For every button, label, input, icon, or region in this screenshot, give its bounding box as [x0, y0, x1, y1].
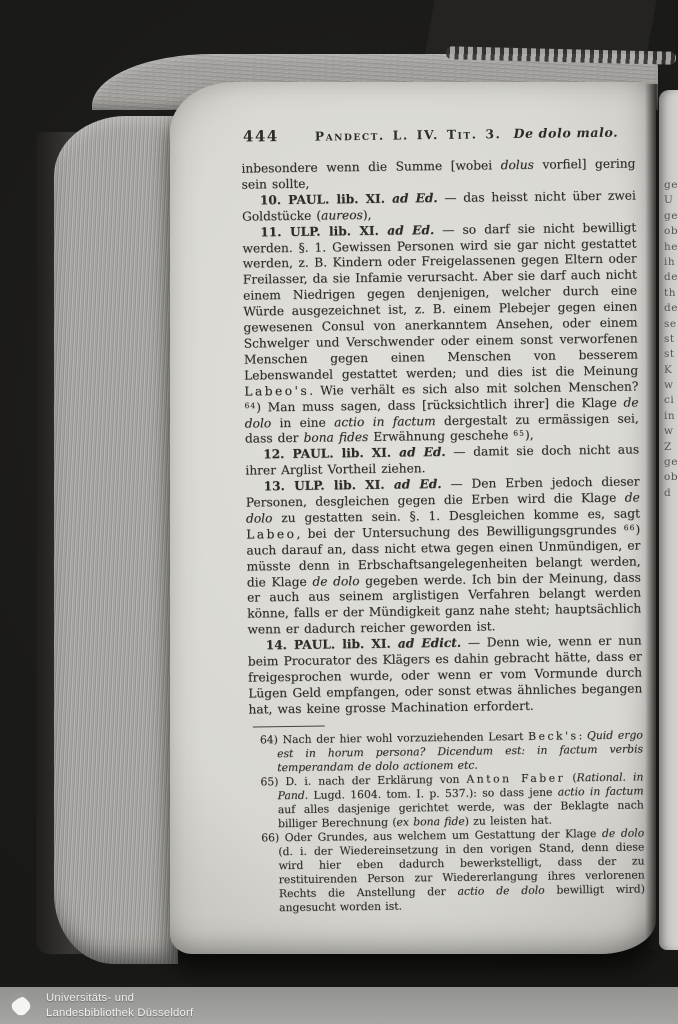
library-name: Universitäts- und Landesbibliothek Düsse…: [46, 991, 193, 1020]
facing-line-fragment: se: [664, 317, 678, 332]
footnote-separator: [253, 725, 325, 728]
ulb-logo-icon: [5, 990, 37, 1022]
facing-line-fragment: ge: [664, 455, 678, 470]
page-content: 444 Pandect. L. IV. Tit. 3. De dolo malo…: [164, 78, 661, 956]
facing-line-fragment: de: [664, 301, 678, 316]
facing-line-fragment: ge: [664, 209, 678, 224]
page-edges-left: [54, 116, 178, 964]
facing-line-fragment: U: [664, 193, 678, 208]
library-name-line1: Universitäts- und: [46, 991, 193, 1006]
gutter-shadow: [645, 84, 659, 950]
page-body: inbesondere wenn die Summe [wobei dolus …: [241, 156, 642, 718]
page-number: 444: [243, 127, 279, 145]
paragraph: 14. PAUL. lib. XI. ad Edict. — Denn wie,…: [248, 634, 643, 719]
paragraph: 10. PAUL. lib. XI. ad Ed. — das heisst n…: [242, 188, 636, 225]
book-page: 444 Pandect. L. IV. Tit. 3. De dolo malo…: [170, 82, 656, 954]
library-name-line2: Landesbibliothek Düsseldorf: [46, 1006, 193, 1021]
facing-line-fragment: ob: [664, 470, 678, 485]
paragraph: 12. PAUL. lib. XI. ad Ed. — damit sie do…: [245, 443, 639, 480]
facing-line-fragment: ci: [664, 393, 678, 408]
scanned-book-viewer: 444 Pandect. L. IV. Tit. 3. De dolo malo…: [0, 0, 678, 1024]
facing-line-fragment: Z: [664, 440, 678, 455]
paragraph: 13. ULP. lib. XI. ad Ed. — Den Erben jed…: [245, 475, 641, 639]
facing-line-fragment: ih: [664, 255, 678, 270]
running-title-italic: De dolo malo.: [513, 125, 618, 141]
footnote: 65) D. i. nach der Erklärung von Anton F…: [249, 771, 644, 832]
facing-line-fragment: ob: [664, 224, 678, 239]
facing-line-fragment: de: [664, 270, 678, 285]
facing-line-fragment: th: [664, 286, 678, 301]
facing-line-fragment: w: [664, 424, 678, 439]
facing-line-fragment: st: [664, 347, 678, 362]
facing-line-fragment: w: [664, 378, 678, 393]
paragraph: inbesondere wenn die Summe [wobei dolus …: [241, 156, 635, 193]
footnote: 64) Nach der hier wohl vorzuziehenden Le…: [249, 729, 644, 776]
running-header: 444 Pandect. L. IV. Tit. 3. De dolo malo…: [243, 122, 635, 145]
facing-line-fragment: in: [664, 409, 678, 424]
facing-line-fragment: d: [664, 486, 678, 501]
footnotes: 64) Nach der hier wohl vorzuziehenden Le…: [249, 729, 645, 916]
facing-line-fragment: ge: [664, 178, 678, 193]
paragraph: 11. ULP. lib. XI. ad Ed. — so darf sie n…: [242, 220, 639, 448]
library-footer: Universitäts- und Landesbibliothek Düsse…: [0, 987, 678, 1024]
facing-page-sliver: geUgeobheihdethdeseststKwciinwZgeobd: [659, 90, 678, 950]
footnote: 66) Oder Grundes, aus welchem um Gestatt…: [250, 827, 645, 916]
facing-line-fragment: st: [664, 332, 678, 347]
running-title: Pandect. L. IV. Tit. 3.: [315, 126, 502, 143]
facing-line-fragment: K: [664, 363, 678, 378]
facing-line-fragment: he: [664, 240, 678, 255]
